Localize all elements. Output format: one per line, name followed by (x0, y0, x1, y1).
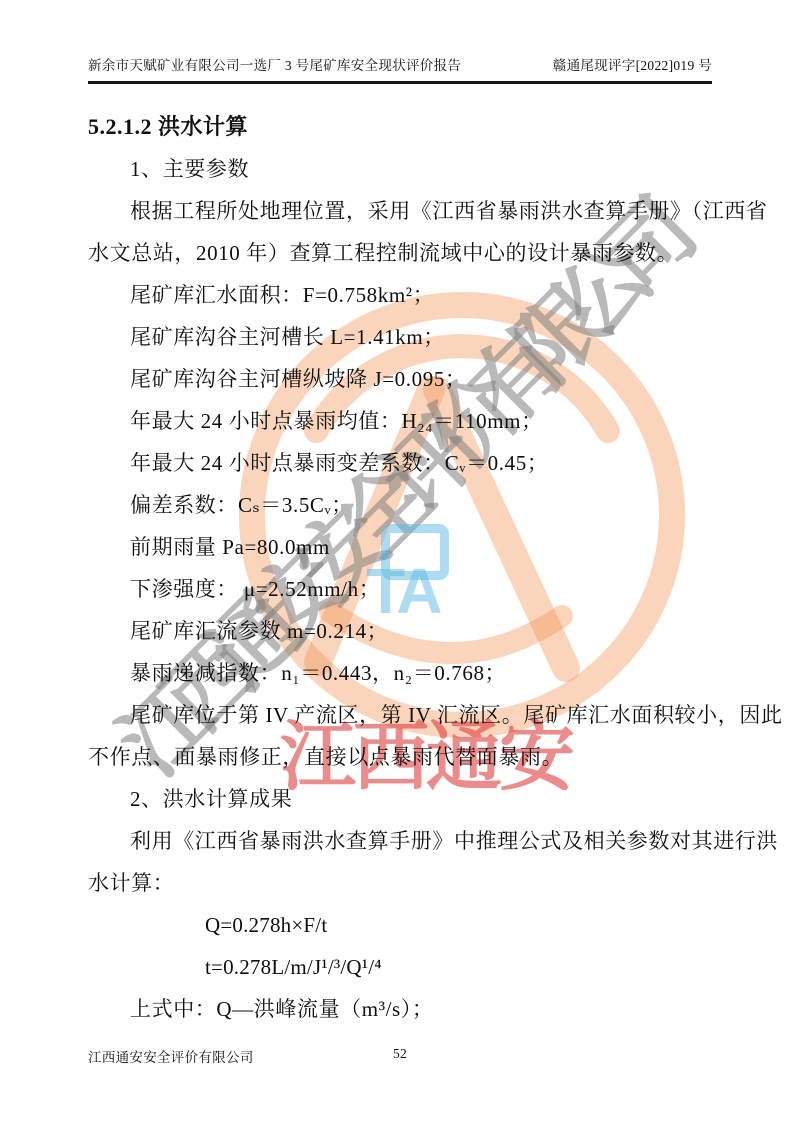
text-line: 上式中：Q—洪峰流量（m³/s）； (88, 988, 712, 1030)
page-header: 新余市天赋矿业有限公司一选厂 3 号尾矿库安全现状评价报告 赣通尾现评字[202… (88, 54, 712, 84)
text-line: 尾矿库汇水面积：F=0.758km²； (88, 274, 712, 316)
text-line: 暴雨递减指数：n₁＝0.443，n₂＝0.768； (88, 652, 712, 694)
text-line: 根据工程所处地理位置，采用《江西省暴雨洪水查算手册》（江西省 (88, 190, 712, 232)
text-line: 尾矿库沟谷主河槽纵坡降 J=0.095； (88, 358, 712, 400)
header-doc-number: 赣通尾现评字[2022]019 号 (553, 54, 712, 74)
text-line: 尾矿库汇流参数 m=0.214； (88, 610, 712, 652)
text-line: 尾矿库位于第 IV 产流区，第 IV 汇流区。尾矿库汇水面积较小，因此 (88, 694, 712, 736)
text-line: 尾矿库沟谷主河槽长 L=1.41km； (88, 316, 712, 358)
text-line: 水计算： (88, 862, 712, 904)
text-line: 1、主要参数 (88, 148, 712, 190)
text-line: 不作点、面暴雨修正，直接以点暴雨代替面暴雨。 (88, 736, 712, 778)
text-line: 前期雨量 Pa=80.0mm (88, 526, 712, 568)
text-line: 下渗强度： μ=2.52mm/h； (88, 568, 712, 610)
text-line: 年最大 24 小时点暴雨变差系数：Cᵥ＝0.45； (88, 442, 712, 484)
text-line: 偏差系数：Cₛ＝3.5Cᵥ； (88, 484, 712, 526)
text-line: 利用《江西省暴雨洪水查算手册》中推理公式及相关参数对其进行洪 (88, 820, 712, 862)
footer-page-number: 52 (88, 1046, 712, 1062)
formula-line: Q=0.278h×F/t (88, 904, 712, 946)
section-heading: 5.2.1.2 洪水计算 (88, 106, 712, 148)
header-report-title: 新余市天赋矿业有限公司一选厂 3 号尾矿库安全现状评价报告 (88, 54, 461, 74)
text-line: 水文总站，2010 年）查算工程控制流域中心的设计暴雨参数。 (88, 232, 712, 274)
document-page: 江西通安安全评价有限公司 TA 江西通安 新余市天赋矿业有限公司一选厂 3 号尾… (0, 0, 800, 1131)
text-line: 2、洪水计算成果 (88, 778, 712, 820)
page-content: 5.2.1.2 洪水计算 1、主要参数 根据工程所处地理位置，采用《江西省暴雨洪… (88, 106, 712, 1030)
formula-line: t=0.278L/m/J¹/³/Q¹/⁴ (88, 946, 712, 988)
text-line: 年最大 24 小时点暴雨均值：H₂₄＝110mm； (88, 400, 712, 442)
